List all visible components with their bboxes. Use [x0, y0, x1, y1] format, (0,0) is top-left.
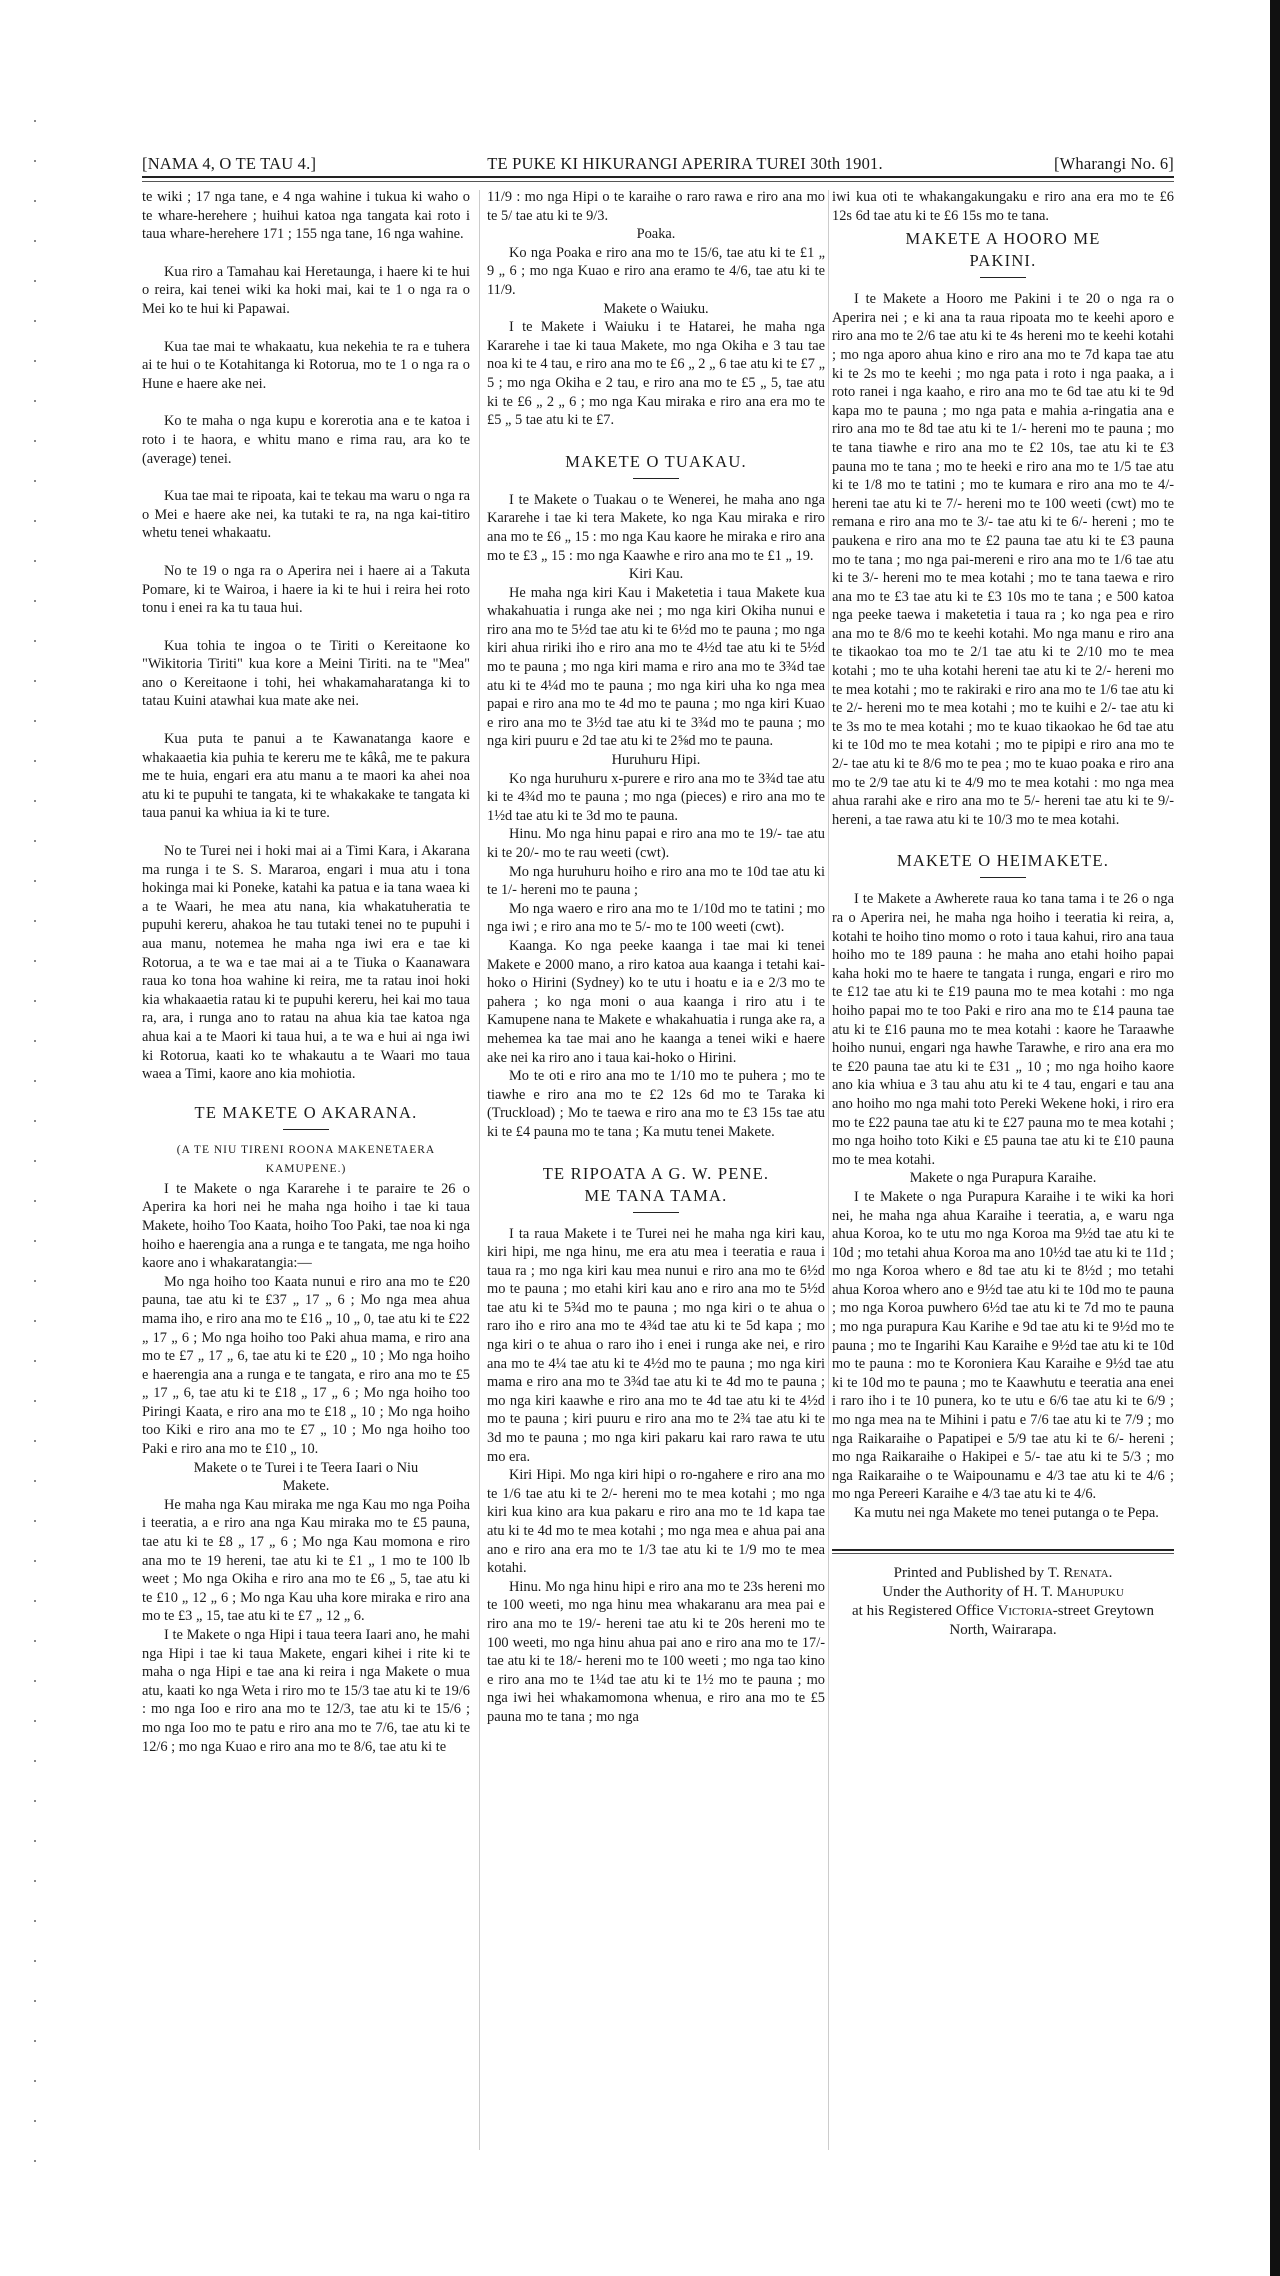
section-heading: ME TANA TAMA.	[487, 1186, 825, 1206]
article-paragraph: I te Makete a Hooro me Pakini i te 20 o …	[832, 290, 1174, 829]
section-subheading: KAMUPENE.)	[142, 1161, 470, 1178]
article-paragraph: No te Turei nei i hoki mai ai a Timi Kar…	[142, 842, 470, 1084]
section-heading: MAKETE A HOORO ME	[832, 229, 1174, 249]
subsection-title: Makete o te Turei i te Teera Iaari o Niu	[142, 1459, 470, 1478]
article-paragraph: 11/9 : mo nga Hipi o te karaihe o raro r…	[487, 188, 825, 225]
article-paragraph: te wiki ; 17 nga tane, e 4 nga wahine i …	[142, 188, 470, 244]
article-paragraph: Mo te oti e riro ana mo te 1/10 mo te pu…	[487, 1067, 825, 1141]
article-paragraph: Ko nga Poaka e riro ana mo te 15/6, tae …	[487, 244, 825, 300]
heading-rule	[283, 1129, 329, 1130]
article-paragraph: Kua riro a Tamahau kai Heretaunga, i hae…	[142, 263, 470, 319]
heading-rule	[980, 877, 1026, 878]
column-divider	[479, 190, 480, 2150]
imprint-text: at his Registered Office	[852, 1603, 994, 1619]
section-heading: MAKETE O TUAKAU.	[487, 452, 825, 472]
heading-rule	[633, 1212, 679, 1213]
article-paragraph: Hinu. Mo nga hinu hipi e riro ana mo te …	[487, 1578, 825, 1727]
column-2: 11/9 : mo nga Hipi o te karaihe o raro r…	[487, 188, 825, 1727]
subsection-title: Kiri Kau.	[487, 565, 825, 584]
article-paragraph: No te 19 o nga ra o Aperira nei i haere …	[142, 562, 470, 618]
article-paragraph: Kua puta te panui a te Kawanatanga kaore…	[142, 730, 470, 823]
street-name: Victoria	[998, 1603, 1053, 1619]
article-paragraph: Ka mutu nei nga Makete mo tenei putanga …	[832, 1504, 1174, 1523]
column-divider	[828, 190, 829, 2150]
section-heading: TE MAKETE O AKARANA.	[142, 1103, 470, 1123]
article-paragraph: I te Makete o nga Hipi i taua teera Iaar…	[142, 1626, 470, 1756]
subsection-title: Makete.	[142, 1477, 470, 1496]
imprint-text: Printed and Published by	[894, 1565, 1044, 1581]
article-paragraph: iwi kua oti te whakangakungaku e riro an…	[832, 188, 1174, 225]
authority-name: H. T. Mahupuku	[1023, 1584, 1124, 1600]
article-paragraph: Mo nga waero e riro ana mo te 1/10d mo t…	[487, 900, 825, 937]
section-heading: TE RIPOATA A G. W. PENE.	[487, 1164, 825, 1184]
article-paragraph: I te Makete i Waiuku i te Hatarei, he ma…	[487, 318, 825, 430]
article-paragraph: Ko nga huruhuru x-purere e riro ana mo t…	[487, 770, 825, 826]
article-paragraph: He maha nga kiri Kau i Maketetia i taua …	[487, 584, 825, 751]
section-heading: MAKETE O HEIMAKETE.	[832, 851, 1174, 871]
imprint-text: Under the Authority of	[882, 1584, 1019, 1600]
article-paragraph: Kaanga. Ko nga peeke kaanga i tae mai ki…	[487, 937, 825, 1067]
article-paragraph: Kua tae mai te ripoata, kai te tekau ma …	[142, 487, 470, 543]
scan-margin-marks	[34, 120, 36, 2170]
article-paragraph: He maha nga Kau miraka me nga Kau mo nga…	[142, 1496, 470, 1626]
article-paragraph: I ta raua Makete i te Turei nei he maha …	[487, 1225, 825, 1467]
article-paragraph: Mo nga huruhuru hoiho e riro ana mo te 1…	[487, 863, 825, 900]
newspaper-title: TE PUKE KI HIKURANGI APERIRA TUREI 30th …	[487, 154, 883, 174]
page-header: [NAMA 4, O TE TAU 4.] TE PUKE KI HIKURAN…	[142, 148, 1174, 174]
header-rule	[142, 176, 1174, 182]
page-number: [Wharangi No. 6]	[1054, 154, 1174, 174]
section-heading: PAKINI.	[832, 251, 1174, 271]
heading-rule	[633, 478, 679, 479]
section-subheading: (A TE NIU TIRENI ROONA MAKENETAERA	[142, 1142, 470, 1159]
article-paragraph: I te Makete o Tuakau o te Wenerei, he ma…	[487, 491, 825, 565]
printer-imprint: Printed and Published by T. Renata. Unde…	[832, 1564, 1174, 1640]
subsection-title: Makete o Waiuku.	[487, 300, 825, 319]
column-3: iwi kua oti te whakangakungaku e riro an…	[832, 188, 1174, 1640]
subsection-title: Makete o nga Purapura Karaihe.	[832, 1169, 1174, 1188]
subsection-title: Huruhuru Hipi.	[487, 751, 825, 770]
article-paragraph: Kiri Hipi. Mo nga kiri hipi o ro-ngahere…	[487, 1466, 825, 1578]
article-paragraph: Mo nga hoiho too Kaata nunui e riro ana …	[142, 1273, 470, 1459]
printer-name: T. Renata.	[1048, 1565, 1112, 1581]
article-paragraph: Kua tohia te ingoa o te Tiriti o Kereita…	[142, 637, 470, 711]
article-paragraph: I te Makete o nga Purapura Karaihe i te …	[832, 1188, 1174, 1504]
subsection-title: Poaka.	[487, 225, 825, 244]
column-1: te wiki ; 17 nga tane, e 4 nga wahine i …	[142, 188, 470, 1756]
issue-number: [NAMA 4, O TE TAU 4.]	[142, 154, 316, 174]
article-paragraph: I te Makete o nga Kararehe i te paraire …	[142, 1180, 470, 1273]
article-paragraph: Hinu. Mo nga hinu papai e riro ana mo te…	[487, 825, 825, 862]
article-paragraph: I te Makete a Awherete raua ko tana tama…	[832, 890, 1174, 1169]
article-paragraph: Ko te maha o nga kupu e korerotia ana e …	[142, 412, 470, 468]
scan-edge	[1270, 0, 1280, 2276]
imprint-rule	[832, 1549, 1174, 1554]
heading-rule	[980, 277, 1026, 278]
article-paragraph: Kua tae mai te whakaatu, kua nekehia te …	[142, 338, 470, 394]
